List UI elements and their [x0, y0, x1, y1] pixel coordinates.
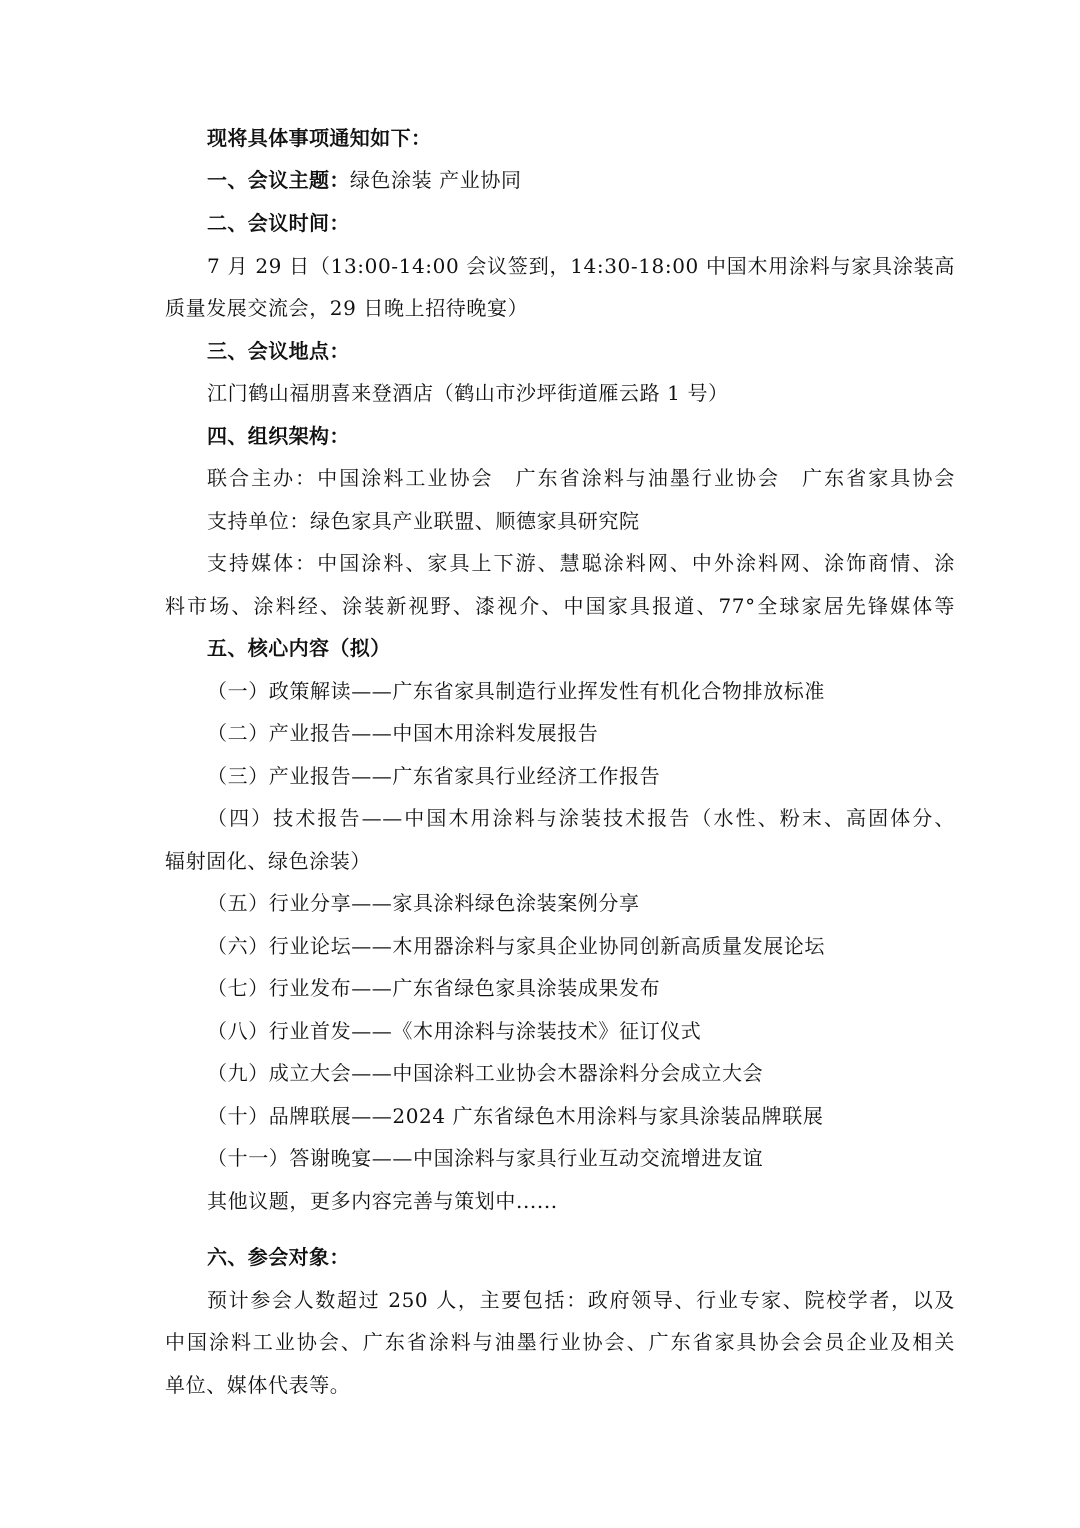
content-heading: 五、核心内容（拟） — [207, 634, 391, 662]
content-item-9: （九）成立大会——中国涂料工业协会木器涂料分会成立大会 — [207, 1059, 763, 1087]
theme-line: 一、会议主题：绿色涂装 产业协同 — [207, 166, 522, 194]
content-item-1: （一）政策解读——广东省家具制造行业挥发性有机化合物排放标准 — [207, 677, 825, 705]
time-line-1: 7 月 29 日（13:00-14:00 会议签到，14:30-18:00 中国… — [207, 252, 955, 280]
location-heading: 三、会议地点： — [207, 337, 350, 365]
location-value: 江门鹤山福朋喜来登酒店（鹤山市沙坪街道雁云路 1 号） — [207, 379, 729, 407]
content-item-4: （四）技术报告——中国木用涂料与涂装技术报告（水性、粉末、高固体分、 — [207, 804, 955, 832]
intro-text: 现将具体事项通知如下： — [207, 124, 431, 152]
content-item-4-cont: 辐射固化、绿色涂装） — [165, 847, 371, 875]
time-line-2: 质量发展交流会，29 日晚上招待晚宴） — [165, 294, 528, 322]
media-line-1: 支持媒体：中国涂料、家具上下游、慧聪涂料网、中外涂料网、涂饰商情、涂 — [207, 549, 955, 577]
attendees-line-3: 单位、媒体代表等。 — [165, 1371, 350, 1399]
content-item-6: （六）行业论坛——木用器涂料与家具企业协同创新高质量发展论坛 — [207, 932, 825, 960]
content-item-3: （三）产业报告——广东省家具行业经济工作报告 — [207, 762, 660, 790]
attendees-line-1: 预计参会人数超过 250 人，主要包括：政府领导、行业专家、院校学者，以及 — [207, 1286, 955, 1314]
content-item-10: （十）品牌联展——2024 广东省绿色木用涂料与家具涂装品牌联展 — [207, 1102, 823, 1130]
time-heading: 二、会议时间： — [207, 209, 350, 237]
theme-value: 绿色涂装 产业协同 — [350, 168, 522, 192]
content-item-11: （十一）答谢晚宴——中国涂料与家具行业互动交流增进友谊 — [207, 1144, 763, 1172]
organization-heading: 四、组织架构： — [207, 422, 350, 450]
content-other: 其他议题，更多内容完善与策划中...... — [207, 1187, 558, 1215]
content-item-8: （八）行业首发——《木用涂料与涂装技术》征订仪式 — [207, 1017, 701, 1045]
supporters-line: 支持单位：绿色家具产业联盟、顺德家具研究院 — [207, 507, 640, 535]
media-line-2: 料市场、涂料经、涂装新视野、漆视介、中国家具报道、77°全球家居先锋媒体等 — [165, 592, 955, 620]
content-item-7: （七）行业发布——广东省绿色家具涂装成果发布 — [207, 974, 660, 1002]
theme-heading: 一、会议主题： — [207, 168, 350, 192]
organizers-line: 联合主办：中国涂料工业协会 广东省涂料与油墨行业协会 广东省家具协会 — [207, 464, 955, 492]
attendees-line-2: 中国涂料工业协会、广东省涂料与油墨行业协会、广东省家具协会会员企业及相关 — [165, 1328, 955, 1356]
content-item-5: （五）行业分享——家具涂料绿色涂装案例分享 — [207, 889, 640, 917]
attendees-heading: 六、参会对象： — [207, 1243, 350, 1271]
content-item-2: （二）产业报告——中国木用涂料发展报告 — [207, 719, 598, 747]
